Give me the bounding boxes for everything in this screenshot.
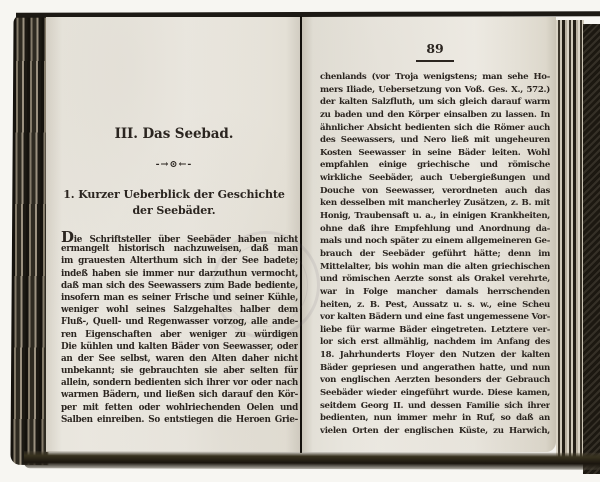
text-line: ermangelt historisch nachzuweisen, daß m… — [61, 243, 298, 255]
text-line: ähnlicher Absicht bedienten sich die Röm… — [320, 122, 550, 135]
text-line: unbekannt; sie gebrauchten sie aber selt… — [61, 365, 298, 377]
text-line: heiten, z. B. Pest, Aussatz u. s. w., ei… — [320, 299, 550, 312]
text-line: Kosten Seewasser in seine Bäder leiten. … — [320, 147, 550, 160]
text-line: Die Schriftsteller über Seebäder haben n… — [61, 231, 298, 243]
text-line: zu baden und den Körper einsalben zu las… — [320, 109, 550, 122]
text-line: empfahlen einige griechische und römisch… — [320, 159, 550, 172]
text-line: im grauesten Alterthum sich in der See b… — [61, 255, 298, 267]
book-cover-edge — [583, 24, 600, 474]
book-scan: III. Das Seebad. -→⊙←- 1. Kurzer Ueberbl… — [0, 0, 600, 482]
text-line: insofern man es seiner Frische und seine… — [61, 292, 298, 304]
text-line: Honig, Traubensaft u. a., in einigen Kra… — [320, 210, 550, 223]
right-page-body-text: chenlands (vor Troja wenigstens; man seh… — [320, 71, 550, 438]
text-line: indeß haben sie immer nur darzuthun verm… — [61, 268, 298, 280]
section-heading-line2: der Seebäder. — [52, 204, 296, 217]
left-page-body-text: Die Schriftsteller über Seebäder haben n… — [61, 231, 298, 426]
text-line: vielen Orten der englischen Küste, zu Ha… — [320, 425, 550, 438]
text-line: seitdem Georg II. und dessen Familie sic… — [320, 400, 550, 413]
text-line: lor sich erst allmählig, nachdem im Anfa… — [320, 336, 550, 349]
chapter-heading: III. Das Seebad. — [56, 126, 292, 142]
text-line: daß man sich des Seewassers zum Bade bed… — [61, 280, 298, 292]
text-line: brauch der Seebäder geführt hätte; denn … — [320, 248, 550, 261]
text-line: Mittelalter, bis wohin man die alten gri… — [320, 261, 550, 274]
text-line: an der See selbst, waren den Alten daher… — [61, 353, 298, 365]
text-line: ohne daß ihre Empfehlung und Anordnung d… — [320, 223, 550, 236]
text-line: wirkliche Seebäder, auch Uebergießungen … — [320, 172, 550, 185]
book-page-edges-right — [556, 20, 584, 462]
text-line: der kalten Salzfluth, um sich gleich dar… — [320, 96, 550, 109]
text-line: bedienten, nun immer mehr in Ruf, so daß… — [320, 412, 550, 425]
text-line: Fluß-, Quell- und Regenwasser vorzog, al… — [61, 316, 298, 328]
text-line: liebe für warme Bäder eingetreten. Letzt… — [320, 324, 550, 337]
text-line: vor kalten Bädern und eine fast ungemess… — [320, 311, 550, 324]
text-line: Die kühlen und kalten Bäder von Seewasse… — [61, 341, 298, 353]
text-line: Bäder gepriesen und angerathen hatte, un… — [320, 362, 550, 375]
book-bottom-edge — [24, 451, 600, 470]
text-line: 18. Jahrhunderts Floyer den Nutzen der k… — [320, 349, 550, 362]
text-line: und römischen Aerzte sonst als Orakel ve… — [320, 273, 550, 286]
text-line: ken desselben mit mancherley Zusätzen, z… — [320, 197, 550, 210]
book-binding — [300, 16, 302, 453]
section-heading-line1: 1. Kurzer Ueberblick der Geschichte — [52, 188, 296, 201]
text-line: chenlands (vor Troja wenigstens; man seh… — [320, 71, 550, 84]
text-line: per mit fetten oder wohlriechenden Oelen… — [61, 402, 298, 414]
text-line: Seebäder wieder eingeführt wurde. Diese … — [320, 387, 550, 400]
text-line: ren Eigenschaften aber weniger zu würdig… — [61, 329, 298, 341]
text-line: mers Iliade, Uebersetzung von Voß. Ges. … — [320, 84, 550, 97]
text-line: Salben einreiben. So entstiegen die Hero… — [61, 414, 298, 426]
ornament-divider: -→⊙←- — [56, 159, 292, 170]
text-line: allein, sondern bedienten sich ihrer vor… — [61, 377, 298, 389]
page-number-rule — [416, 60, 454, 62]
text-line: von englischen Aerzten besonders der Geb… — [320, 374, 550, 387]
text-line: weniger wohl seines Salzgehaltes halber … — [61, 304, 298, 316]
text-line: Douche von Seewasser, verordneten auch d… — [320, 185, 550, 198]
text-line: war in Folge mancher damals herrschenden… — [320, 286, 550, 299]
text-line: mals und noch später zu einem allgemeine… — [320, 235, 550, 248]
page-number: 89 — [320, 41, 550, 56]
text-line: warmen Bädern, und ließen sich darauf de… — [61, 389, 298, 401]
text-line: des Seewassers, und Nero ließ mit ungehe… — [320, 134, 550, 147]
